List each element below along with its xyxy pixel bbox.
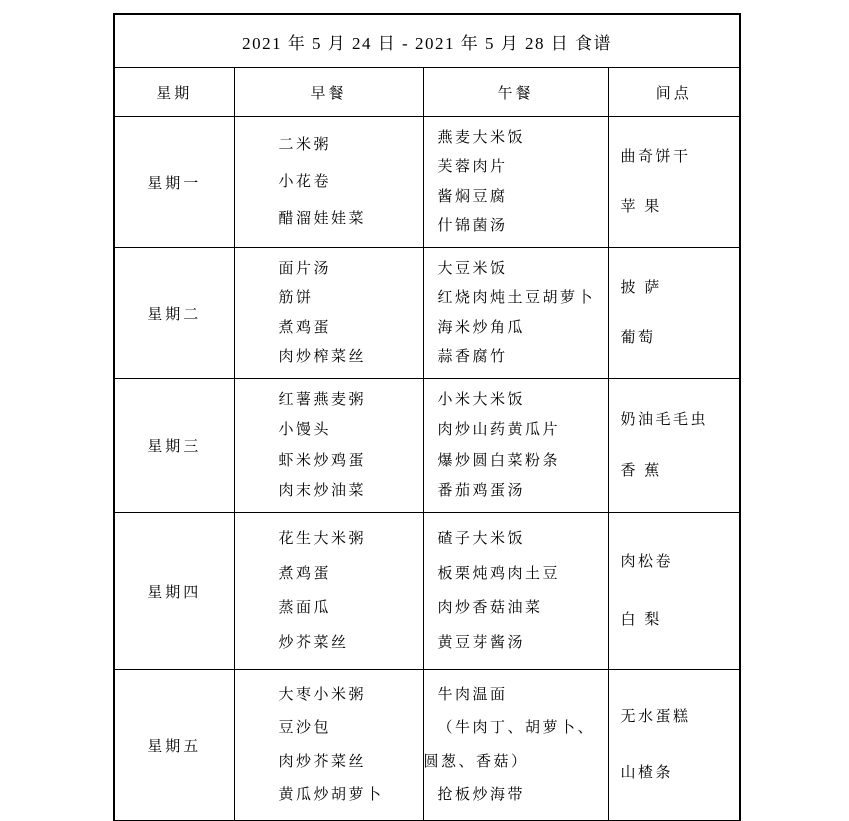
snack-items: 无水蛋糕山楂条: [609, 671, 740, 819]
snack-items: 奶油毛毛虫香 蕉: [609, 380, 740, 511]
breakfast-cell: 二米粥小花卷醋溜娃娃菜: [234, 117, 423, 248]
menu-item: 碴子大米饭: [438, 529, 526, 549]
breakfast-items: 大枣小米粥豆沙包肉炒芥菜丝黄瓜炒胡萝卜: [235, 671, 423, 819]
menu-item: 香 蕉: [621, 461, 662, 481]
snack-items: 披 萨葡萄: [609, 249, 740, 377]
table-row-tuesday: 星期二 面片汤筋饼煮鸡蛋肉炒榨菜丝 大豆米饭红烧肉炖土豆胡萝卜海米炒角瓜蒜香腐竹…: [114, 248, 740, 379]
menu-item: 燕麦大米饭: [438, 128, 526, 148]
snack-items: 肉松卷白 梨: [609, 514, 740, 668]
breakfast-items: 二米粥小花卷醋溜娃娃菜: [235, 118, 423, 246]
menu-item: 黄瓜炒胡萝卜: [279, 785, 384, 805]
menu-item: 奶油毛毛虫: [621, 410, 709, 430]
document-page: 2021 年 5 月 24 日 - 2021 年 5 月 28 日 食谱 星期 …: [0, 0, 849, 821]
menu-item: 花生大米粥: [279, 529, 367, 549]
menu-item: 面片汤: [279, 259, 332, 279]
day-label: 星期三: [114, 379, 234, 513]
menu-item: 芙蓉肉片: [438, 157, 508, 177]
menu-item: 豆沙包: [279, 718, 332, 738]
snack-cell: 奶油毛毛虫香 蕉: [608, 379, 740, 513]
snack-cell: 曲奇饼干苹 果: [608, 117, 740, 248]
snack-cell: 无水蛋糕山楂条: [608, 670, 740, 821]
lunch-cell: 碴子大米饭板栗炖鸡肉土豆肉炒香菇油菜黄豆芽酱汤: [423, 513, 608, 670]
menu-item: 海米炒角瓜: [438, 318, 526, 338]
menu-item: 大豆米饭: [438, 259, 508, 279]
table-row-thursday: 星期四 花生大米粥煮鸡蛋蒸面瓜炒芥菜丝 碴子大米饭板栗炖鸡肉土豆肉炒香菇油菜黄豆…: [114, 513, 740, 670]
menu-item: 披 萨: [621, 278, 662, 298]
snack-cell: 披 萨葡萄: [608, 248, 740, 379]
menu-item: （牛肉丁、胡萝卜、: [438, 718, 596, 738]
table-title: 2021 年 5 月 24 日 - 2021 年 5 月 28 日 食谱: [114, 14, 740, 68]
menu-item: 煮鸡蛋: [279, 564, 332, 584]
menu-item: 蒜香腐竹: [438, 347, 508, 367]
menu-item: 大枣小米粥: [279, 685, 367, 705]
snack-items: 曲奇饼干苹 果: [609, 118, 740, 246]
menu-item: 蒸面瓜: [279, 598, 332, 618]
table-row-monday: 星期一 二米粥小花卷醋溜娃娃菜 燕麦大米饭芙蓉肉片酱焖豆腐什锦菌汤 曲奇饼干苹 …: [114, 117, 740, 248]
day-label: 星期四: [114, 513, 234, 670]
menu-item: 小馒头: [279, 420, 332, 440]
menu-item: 什锦菌汤: [438, 216, 508, 236]
lunch-items: 小米大米饭肉炒山药黄瓜片爆炒圆白菜粉条番茄鸡蛋汤: [424, 380, 608, 511]
menu-item: 白 梨: [621, 610, 662, 630]
menu-item: 番茄鸡蛋汤: [438, 481, 526, 501]
menu-item: 无水蛋糕: [621, 707, 691, 727]
menu-item: 肉炒香菇油菜: [438, 598, 543, 618]
day-label: 星期二: [114, 248, 234, 379]
menu-item: 红薯燕麦粥: [279, 390, 367, 410]
menu-item: 曲奇饼干: [621, 147, 691, 167]
menu-item: 抢板炒海带: [438, 785, 526, 805]
breakfast-items: 红薯燕麦粥小馒头虾米炒鸡蛋肉末炒油菜: [235, 380, 423, 511]
breakfast-cell: 面片汤筋饼煮鸡蛋肉炒榨菜丝: [234, 248, 423, 379]
col-header-lunch: 午餐: [423, 68, 608, 117]
lunch-items: 碴子大米饭板栗炖鸡肉土豆肉炒香菇油菜黄豆芽酱汤: [424, 514, 608, 668]
menu-item: 肉松卷: [621, 552, 674, 572]
header-row: 星期 早餐 午餐 间点: [114, 68, 740, 117]
menu-item: 肉末炒油菜: [279, 481, 367, 501]
snack-cell: 肉松卷白 梨: [608, 513, 740, 670]
day-label: 星期一: [114, 117, 234, 248]
menu-item: 二米粥: [279, 135, 332, 155]
breakfast-items: 花生大米粥煮鸡蛋蒸面瓜炒芥菜丝: [235, 514, 423, 668]
menu-item: 红烧肉炖土豆胡萝卜: [438, 288, 596, 308]
lunch-cell: 牛肉温面（牛肉丁、胡萝卜、圆葱、香菇）抢板炒海带: [423, 670, 608, 821]
title-row: 2021 年 5 月 24 日 - 2021 年 5 月 28 日 食谱: [114, 14, 740, 68]
breakfast-cell: 红薯燕麦粥小馒头虾米炒鸡蛋肉末炒油菜: [234, 379, 423, 513]
day-label: 星期五: [114, 670, 234, 821]
table-row-friday: 星期五 大枣小米粥豆沙包肉炒芥菜丝黄瓜炒胡萝卜 牛肉温面（牛肉丁、胡萝卜、圆葱、…: [114, 670, 740, 821]
breakfast-cell: 大枣小米粥豆沙包肉炒芥菜丝黄瓜炒胡萝卜: [234, 670, 423, 821]
lunch-items: 牛肉温面（牛肉丁、胡萝卜、圆葱、香菇）抢板炒海带: [424, 671, 608, 819]
menu-item: 肉炒山药黄瓜片: [438, 420, 561, 440]
lunch-cell: 大豆米饭红烧肉炖土豆胡萝卜海米炒角瓜蒜香腐竹: [423, 248, 608, 379]
breakfast-cell: 花生大米粥煮鸡蛋蒸面瓜炒芥菜丝: [234, 513, 423, 670]
menu-item: 筋饼: [279, 288, 314, 308]
menu-item: 爆炒圆白菜粉条: [438, 451, 561, 471]
table-row-wednesday: 星期三 红薯燕麦粥小馒头虾米炒鸡蛋肉末炒油菜 小米大米饭肉炒山药黄瓜片爆炒圆白菜…: [114, 379, 740, 513]
menu-item: 板栗炖鸡肉土豆: [438, 564, 561, 584]
lunch-cell: 小米大米饭肉炒山药黄瓜片爆炒圆白菜粉条番茄鸡蛋汤: [423, 379, 608, 513]
menu-table: 2021 年 5 月 24 日 - 2021 年 5 月 28 日 食谱 星期 …: [113, 13, 741, 821]
lunch-items: 燕麦大米饭芙蓉肉片酱焖豆腐什锦菌汤: [424, 118, 608, 246]
menu-item: 肉炒榨菜丝: [279, 347, 367, 367]
menu-item: 炒芥菜丝: [279, 633, 349, 653]
menu-item: 圆葱、香菇）: [424, 752, 529, 772]
menu-item: 醋溜娃娃菜: [279, 209, 367, 229]
lunch-cell: 燕麦大米饭芙蓉肉片酱焖豆腐什锦菌汤: [423, 117, 608, 248]
menu-item: 小米大米饭: [438, 390, 526, 410]
menu-item: 肉炒芥菜丝: [279, 752, 367, 772]
menu-item: 黄豆芽酱汤: [438, 633, 526, 653]
col-header-breakfast: 早餐: [234, 68, 423, 117]
menu-item: 苹 果: [621, 197, 662, 217]
col-header-weekday: 星期: [114, 68, 234, 117]
menu-item: 葡萄: [621, 328, 656, 348]
menu-item: 虾米炒鸡蛋: [279, 451, 367, 471]
menu-item: 山楂条: [621, 763, 674, 783]
menu-item: 酱焖豆腐: [438, 187, 508, 207]
breakfast-items: 面片汤筋饼煮鸡蛋肉炒榨菜丝: [235, 249, 423, 377]
menu-item: 小花卷: [279, 172, 332, 192]
menu-item: 牛肉温面: [438, 685, 508, 705]
lunch-items: 大豆米饭红烧肉炖土豆胡萝卜海米炒角瓜蒜香腐竹: [424, 249, 608, 377]
menu-item: 煮鸡蛋: [279, 318, 332, 338]
col-header-snack: 间点: [608, 68, 740, 117]
